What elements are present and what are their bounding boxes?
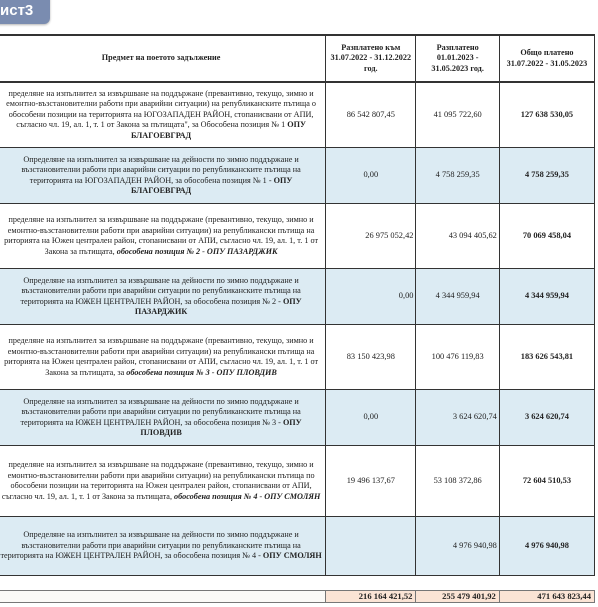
- row-paid-2022: 86 542 807,45: [326, 82, 416, 148]
- row-paid-total: 70 069 458,04: [499, 204, 594, 269]
- table-row: Определяне на изпълнител за извършване н…: [0, 148, 595, 204]
- row-description: пределяне на изпълнител за извършване на…: [0, 446, 326, 517]
- row-paid-2023: 4 758 259,35: [416, 148, 499, 204]
- table-row: Определяне на изпълнител за извършване н…: [0, 390, 595, 446]
- total-paid-total: 471 643 823,44: [499, 591, 594, 603]
- header-row: Предмет на поетото задължение Разплатено…: [0, 35, 595, 82]
- row-description: пределяне на изпълнител за извършване на…: [0, 325, 326, 390]
- row-paid-2023: 4 976 940,98: [416, 517, 499, 576]
- payments-table: Предмет на поетото задължение Разплатено…: [0, 34, 595, 603]
- row-paid-2023: 53 108 372,86: [416, 446, 499, 517]
- header-paid-2022: Разплатено към 31.07.2022 - 31.12.2022 г…: [326, 35, 416, 82]
- table-row: Определяне на изпълнител за извършване н…: [0, 517, 595, 576]
- table-row: пределяне на изпълнител за извършване на…: [0, 204, 595, 269]
- header-subject: Предмет на поетото задължение: [0, 35, 326, 82]
- row-paid-total: 4 344 959,94: [499, 269, 594, 325]
- row-description: Определяне на изпълнител за извършване н…: [0, 517, 326, 576]
- row-paid-total: 4 758 259,35: [499, 148, 594, 204]
- row-description: Определяне на изпълнител за извършване н…: [0, 269, 326, 325]
- row-paid-2022: 0,00: [326, 148, 416, 204]
- row-description: пределяне на изпълнител за извършване на…: [0, 82, 326, 148]
- row-paid-2023: 4 344 959,94: [416, 269, 499, 325]
- sheet-tab[interactable]: ист3: [0, 0, 50, 24]
- row-paid-2022: 83 150 423,98: [326, 325, 416, 390]
- row-paid-total: 183 626 543,81: [499, 325, 594, 390]
- sheet-tab-label: ист3: [0, 2, 33, 19]
- row-paid-2022: 0,00: [326, 390, 416, 446]
- header-paid-total: Общо платено 31.07.2022 - 31.05.2023: [499, 35, 594, 82]
- table-row: Определяне на изпълнител за извършване н…: [0, 269, 595, 325]
- row-paid-2023: 41 095 722,60: [416, 82, 499, 148]
- table-row: пределяне на изпълнител за извършване на…: [0, 325, 595, 390]
- row-paid-total: 72 604 510,53: [499, 446, 594, 517]
- row-paid-2022: 0,00: [326, 269, 416, 325]
- table-row: пределяне на изпълнител за извършване на…: [0, 82, 595, 148]
- totals-label-cell: [0, 591, 326, 603]
- row-paid-2023: 3 624 620,74: [416, 390, 499, 446]
- header-paid-2023: Разплатено 01.01.2023 - 31.05.2023 год.: [416, 35, 499, 82]
- row-paid-total: 3 624 620,74: [499, 390, 594, 446]
- row-paid-2022: 26 975 052,42: [326, 204, 416, 269]
- total-paid-2023: 255 479 401,92: [416, 591, 499, 603]
- row-paid-2022: [326, 517, 416, 576]
- row-description: пределяне на изпълнител за извършване на…: [0, 204, 326, 269]
- row-paid-total: 4 976 940,98: [499, 517, 594, 576]
- row-paid-total: 127 638 530,05: [499, 82, 594, 148]
- table-row: пределяне на изпълнител за извършване на…: [0, 446, 595, 517]
- row-paid-2022: 19 496 137,67: [326, 446, 416, 517]
- row-paid-2023: 43 094 405,62: [416, 204, 499, 269]
- total-paid-2022: 216 164 421,52: [326, 591, 416, 603]
- row-description: Определяне на изпълнител за извършване н…: [0, 390, 326, 446]
- row-paid-2023: 100 476 119,83: [416, 325, 499, 390]
- spacer-row: [0, 576, 595, 591]
- row-description: Определяне на изпълнител за извършване н…: [0, 148, 326, 204]
- totals-row: 216 164 421,52 255 479 401,92 471 643 82…: [0, 591, 595, 603]
